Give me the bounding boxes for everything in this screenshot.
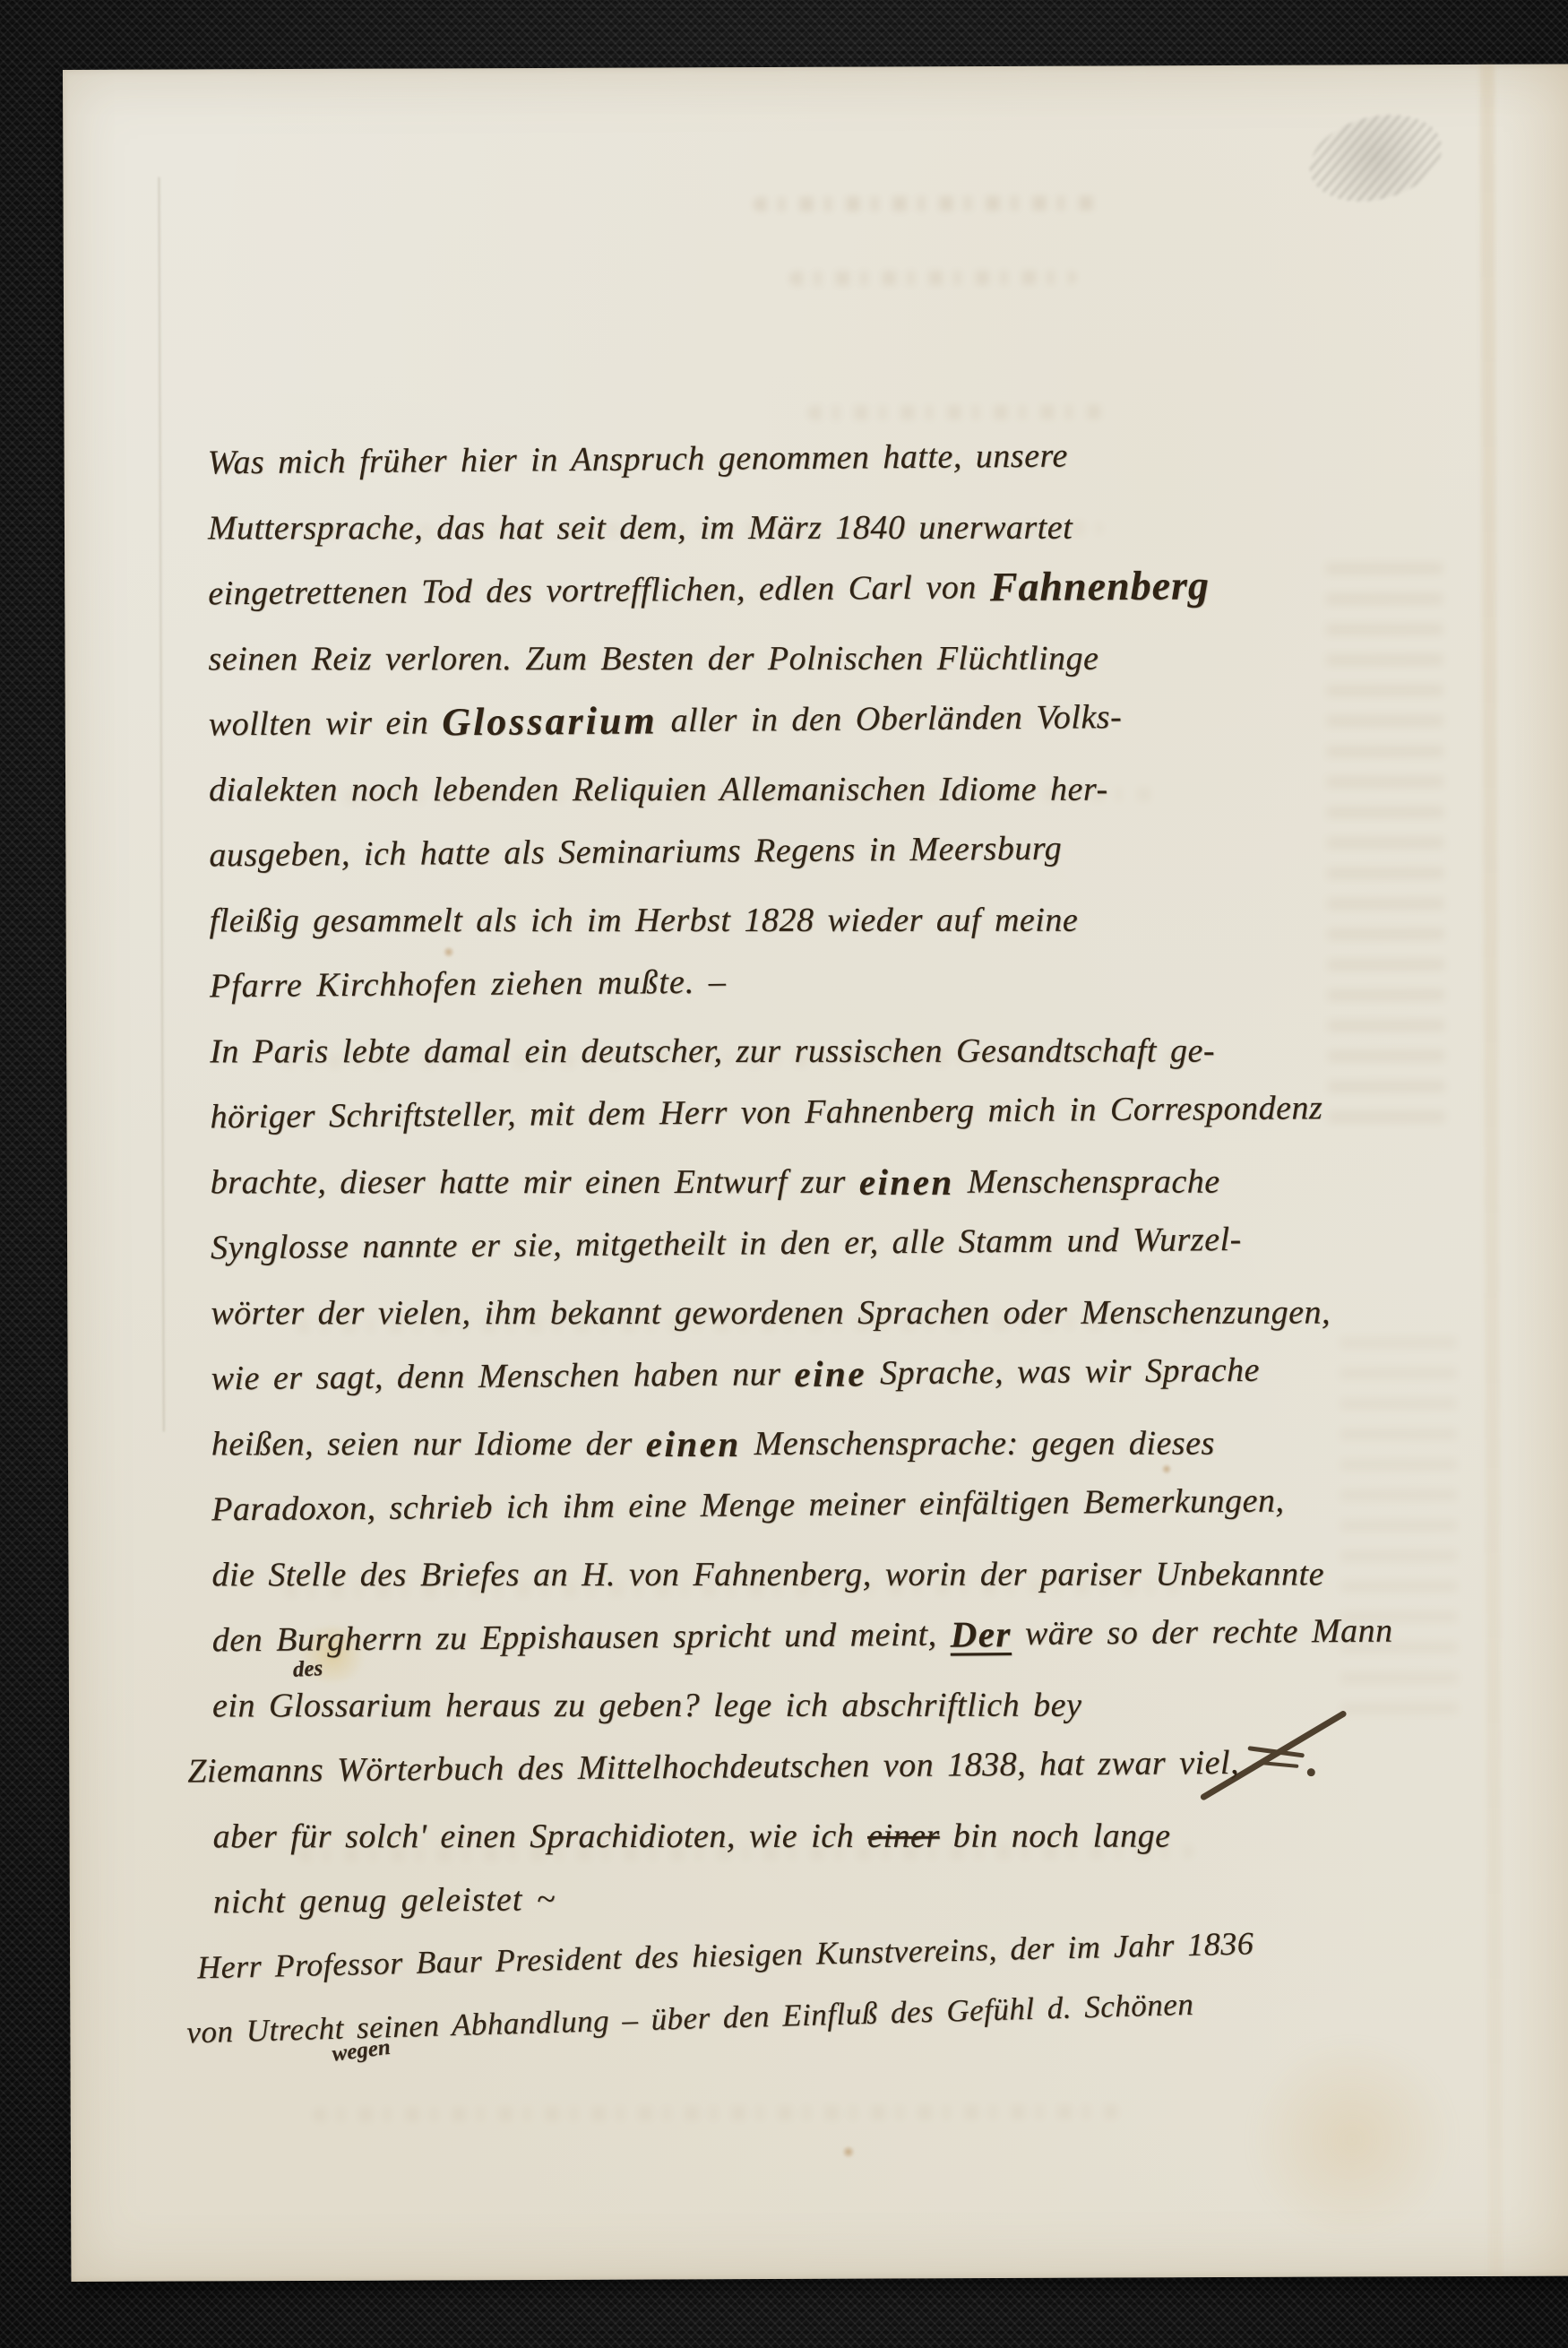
manuscript-line: In Paris lebte damal ein deutscher, zur … (210, 1017, 1401, 1083)
manuscript-line: fleißig gesammelt als ich im Herbst 1828… (210, 886, 1401, 953)
line-text: wie er sagt, denn Menschen haben nur (211, 1354, 794, 1398)
left-faint-crease (158, 177, 164, 1432)
line-text: Was mich früher hier in Anspruch genomme… (208, 436, 1068, 482)
line-text: die Stelle des Briefes an H. von Fahnenb… (211, 1554, 1324, 1594)
line-text: Sprache, was wir Sprache (866, 1350, 1260, 1393)
word-glossarium: Glossarium (442, 697, 658, 745)
word-einen-emphasized: einen (859, 1160, 954, 1203)
letter-text-block: Was mich früher hier in Anspruch genomme… (208, 425, 1406, 2065)
line-text: Menschensprache: gegen dieses (741, 1423, 1215, 1463)
line-text: ausgeben, ich hatte als Seminariums Rege… (209, 828, 1062, 875)
line-text: Synglosse nannte er sie, mitgetheilt in … (211, 1219, 1242, 1266)
manuscript-line: höriger Schriftsteller, mit dem Herr von… (210, 1074, 1402, 1149)
pencil-smudge (1300, 101, 1451, 214)
line-text: In Paris lebte damal ein deutscher, zur … (210, 1031, 1215, 1071)
word-struck-through: einer (867, 1816, 940, 1855)
name-fahnenberg: Fahnenberg (990, 561, 1210, 610)
word-einen-emphasized: einen (646, 1421, 741, 1464)
manuscript-line: ausgeben, ich hatte als Seminariums Rege… (209, 812, 1401, 887)
manuscript-line: seinen Reiz verloren. Zum Besten der Pol… (208, 625, 1400, 691)
manuscript-line: Synglosse nannte er sie, mitgetheilt in … (211, 1204, 1403, 1280)
bottom-right-stain (1244, 2041, 1460, 2239)
manuscript-line: Muttersprache, das hat seit dem, im März… (208, 494, 1400, 560)
line-text: fleißig gesammelt als ich im Herbst 1828… (210, 900, 1079, 940)
line-text: Pfarre Kirchhofen ziehen mußte. – (210, 962, 727, 1006)
line-text: ein Glossarium heraus zu geben? lege ich… (212, 1685, 1081, 1725)
line-text: dialekten noch lebenden Reliquien Allema… (209, 769, 1108, 809)
line-text: brachte, dieser hatte mir einen Entwurf … (211, 1161, 859, 1202)
archive-mount-background: Was mich früher hier in Anspruch genomme… (0, 0, 1568, 2348)
line-text: wollten wir ein (209, 703, 443, 744)
word-der-underlined: Der (950, 1612, 1012, 1656)
line-text: aber für solch' einen Sprachidioten, wie… (213, 1816, 868, 1856)
manuscript-line: heißen, seien nur Idiome der einen Mensc… (211, 1410, 1403, 1476)
line-text: den Burgherrn zu Eppishausen spricht und… (212, 1614, 951, 1660)
line-text: heißen, seien nur Idiome der (211, 1424, 646, 1463)
manuscript-page: Was mich früher hier in Anspruch genomme… (63, 65, 1568, 2282)
ink-bleedthrough-mark (754, 196, 1103, 211)
line-text: bin noch lange (940, 1816, 1171, 1855)
line-text: Muttersprache, das hat seit dem, im März… (208, 507, 1073, 548)
line-text: seinen Reiz verloren. Zum Besten der Pol… (209, 638, 1099, 678)
manuscript-line: Paradoxon, schrieb ich ihm eine Menge me… (211, 1466, 1404, 1541)
manuscript-line: Was mich früher hier in Anspruch genomme… (207, 419, 1400, 495)
manuscript-line: den Burgherrn zu Eppishausen spricht und… (211, 1597, 1404, 1672)
line-text: Menschensprache (954, 1161, 1220, 1201)
line-text: Ziemanns Wörterbuch des Mittelhochdeutsc… (187, 1742, 1239, 1791)
line-text: wörter der vielen, ihm bekannt gewordene… (211, 1292, 1331, 1333)
right-edge-discoloration (1496, 65, 1568, 2276)
line-text: höriger Schriftsteller, mit dem Herr von… (210, 1088, 1322, 1136)
word-eine-emphasized: eine (794, 1351, 866, 1395)
ink-bleedthrough-mark (313, 2104, 1119, 2121)
line-text: nicht genug geleistet ~ (213, 1879, 556, 1921)
manuscript-line: eingetrettenen Tod des vortrefflichen, e… (208, 550, 1400, 626)
line-text: Paradoxon, schrieb ich ihm eine Menge me… (211, 1480, 1285, 1529)
manuscript-line: wollten wir ein Glossarium aller in den … (209, 681, 1401, 756)
enclosure-reference-mark-icon (1196, 1703, 1361, 1806)
manuscript-line: brachte, dieser hatte mir einen Entwurf … (211, 1148, 1402, 1214)
foxing-stain (841, 2146, 856, 2158)
vertical-fold-crease (1463, 65, 1479, 2276)
manuscript-line: wörter der vielen, ihm bekannt gewordene… (211, 1279, 1402, 1345)
line-text: eingetrettenen Tod des vortrefflichen, e… (208, 567, 990, 613)
manuscript-line: wie er sagt, denn Menschen haben nur ein… (211, 1335, 1403, 1411)
manuscript-line: dialekten noch lebenden Reliquien Allema… (209, 755, 1400, 822)
line-text: aller in den Oberländen Volks- (657, 697, 1122, 740)
manuscript-line: die Stelle des Briefes an H. von Fahnenb… (211, 1541, 1403, 1607)
line-text: wäre so der rechte Mann (1012, 1610, 1393, 1653)
interlinear-insertion-des: des (292, 1656, 323, 1683)
manuscript-line: Pfarre Kirchhofen ziehen mußte. – (210, 943, 1402, 1018)
foxing-stain (302, 114, 312, 123)
ink-bleedthrough-mark (807, 405, 1103, 420)
ink-bleedthrough-mark (789, 271, 1076, 286)
manuscript-line: aber für solch' einen Sprachidioten, wie… (213, 1802, 1405, 1869)
